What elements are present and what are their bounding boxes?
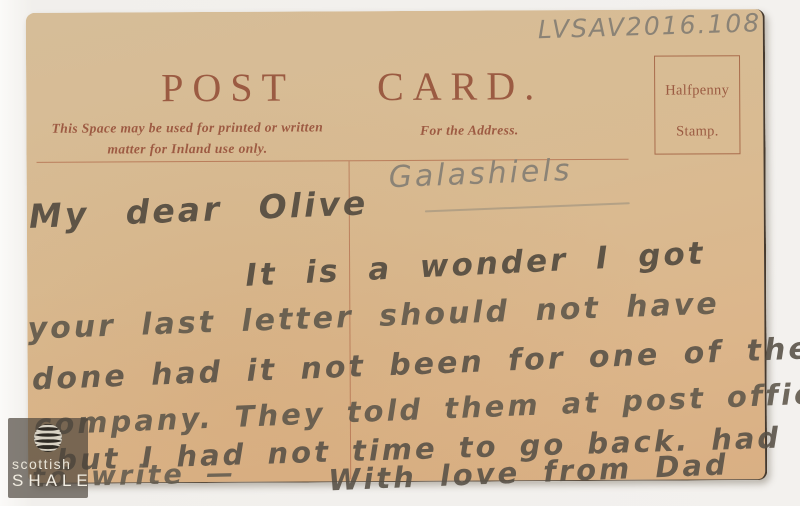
watermark-text-shale: SHALE [12,471,93,491]
stamp-box: Halfpenny Stamp. [654,55,741,154]
accession-number-handwritten: LVSAV2016.108 [537,8,768,44]
destination-handwritten: Galashiels [388,153,573,195]
message-line: your last letter should not have [27,286,720,346]
address-label: For the Address. [384,122,554,139]
stamp-box-line1: Halfpenny [665,82,729,99]
globe-icon [31,423,65,455]
inland-use-instructions: This Space may be used for printed or wr… [34,117,340,160]
scottish-shale-watermark: scottish SHALE [8,418,88,498]
instructions-line2: matter for Inland use only. [34,138,340,161]
postcard-photo: LVSAV2016.108 POST CARD. This Space may … [26,9,767,484]
postcard-title-word-card: CARD. [377,62,543,110]
instructions-line1: This Space may be used for printed or wr… [34,117,340,140]
message-line: My dear Olive [28,183,369,236]
postcard-title-word-post: POST [161,64,295,112]
postcard-title: POST CARD. [161,62,543,111]
message-line: It is a wonder I got [244,235,706,293]
watermark-text-scottish: scottish [12,457,71,471]
destination-underline [425,202,630,212]
stamp-box-line2: Stamp. [676,123,719,140]
